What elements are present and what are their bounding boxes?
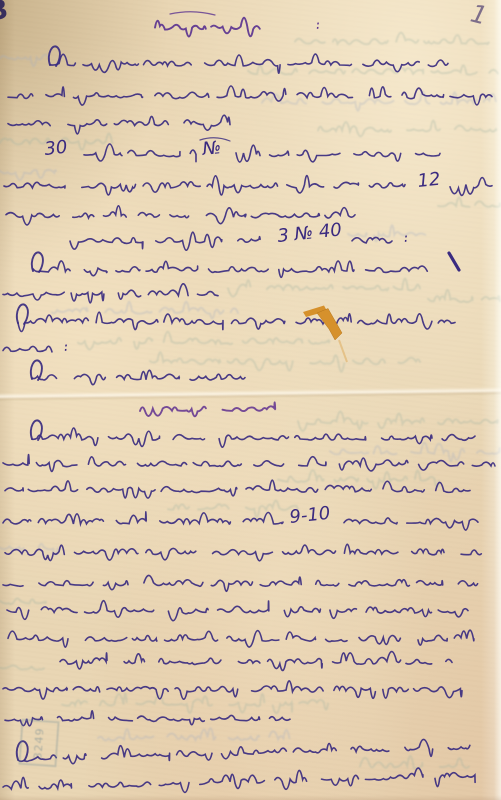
bleedthrough-line bbox=[0, 55, 48, 67]
bleedthrough-line bbox=[248, 65, 498, 74]
handwritten-line-17 bbox=[5, 480, 470, 498]
handwritten-line-22 bbox=[8, 630, 474, 647]
bleedthrough-line bbox=[150, 352, 420, 371]
handwritten-line-1: ։ bbox=[155, 12, 322, 37]
scribble bbox=[5, 480, 470, 498]
handwritten-line-15 bbox=[31, 420, 475, 447]
handwritten-line-19 bbox=[5, 544, 481, 560]
legible-token: ։ bbox=[403, 228, 410, 246]
legible-token: 3 № 40 bbox=[276, 219, 342, 247]
scribble bbox=[155, 18, 260, 37]
handwritten-line-13 bbox=[31, 360, 245, 384]
handwritten-line-10 bbox=[3, 284, 218, 303]
scribble bbox=[32, 428, 475, 447]
handwritten-line-24 bbox=[3, 681, 462, 699]
bleedthrough-line bbox=[330, 443, 500, 462]
bleedthrough-line bbox=[318, 120, 496, 136]
scribble bbox=[60, 652, 452, 671]
bleedthrough-line bbox=[438, 197, 500, 207]
scribble bbox=[3, 455, 495, 472]
bleedthrough-line bbox=[228, 278, 420, 296]
bleedthrough-line bbox=[78, 332, 329, 350]
legible-token: ։ bbox=[63, 337, 70, 355]
orange-arrow-annotation bbox=[303, 306, 347, 363]
scribble bbox=[6, 206, 355, 225]
handwritten-line-26 bbox=[16, 729, 470, 767]
scribble bbox=[8, 630, 474, 647]
handwritten-line-4 bbox=[8, 115, 230, 134]
handwritten-line-23 bbox=[60, 652, 452, 671]
bleedthrough-line bbox=[295, 33, 489, 45]
scribble bbox=[352, 237, 392, 243]
orange-arrow-streak bbox=[339, 340, 347, 362]
legible-token: ։ bbox=[315, 15, 322, 33]
bleedthrough-line bbox=[0, 170, 56, 180]
handwritten-line-27 bbox=[3, 766, 475, 798]
margin-tick-mark bbox=[449, 253, 459, 270]
bleedthrough-line bbox=[0, 665, 44, 669]
scribble bbox=[3, 766, 475, 798]
legible-token: 9-10 bbox=[288, 503, 331, 528]
bleedthrough-line bbox=[62, 694, 328, 714]
scribble bbox=[236, 145, 440, 162]
scribble bbox=[450, 178, 492, 196]
stamp-digits: 3249 bbox=[31, 727, 46, 760]
bleedthrough-line bbox=[98, 728, 289, 740]
scribble bbox=[7, 601, 468, 621]
archive-stamp-ghost: 3249 bbox=[18, 719, 59, 768]
bleedthrough-writing bbox=[0, 33, 500, 769]
legible-token: 12 bbox=[416, 169, 441, 192]
legible-token: № bbox=[200, 137, 222, 160]
bleedthrough-line bbox=[168, 501, 298, 518]
scribble bbox=[5, 544, 481, 560]
capital-flourish bbox=[49, 46, 60, 66]
letter-page: ։30№123 № 40։։9-10 3 1 3249 bbox=[0, 0, 501, 800]
scribble bbox=[3, 346, 52, 352]
handwritten-line-7 bbox=[6, 206, 355, 225]
legible-token: 30 bbox=[43, 137, 68, 160]
handwritten-line-21 bbox=[7, 601, 468, 621]
scribble bbox=[3, 284, 218, 303]
capital-flourish bbox=[31, 420, 42, 440]
handwritten-line-5: 30№ bbox=[43, 137, 440, 162]
scribble bbox=[8, 115, 230, 134]
scribble bbox=[4, 176, 405, 195]
bleedthrough-line bbox=[0, 598, 46, 604]
orange-arrow-tail bbox=[317, 309, 342, 341]
bleedthrough-line bbox=[278, 470, 439, 488]
scribble bbox=[3, 575, 478, 591]
handwritten-line-6: 12 bbox=[4, 169, 492, 196]
capital-flourish bbox=[17, 304, 28, 324]
bleedthrough-line bbox=[298, 411, 498, 430]
handwritten-line-20 bbox=[3, 575, 478, 591]
handwritten-line-18: 9-10 bbox=[3, 503, 478, 530]
scribble bbox=[3, 681, 462, 699]
scribble bbox=[3, 512, 283, 524]
handwritten-line-14 bbox=[140, 402, 275, 416]
ink-marks bbox=[449, 253, 459, 270]
bleedthrough-line bbox=[360, 756, 469, 768]
scribble bbox=[344, 518, 478, 530]
bleedthrough-line bbox=[428, 290, 500, 302]
scribble bbox=[32, 370, 245, 384]
scribble bbox=[84, 144, 196, 162]
handwritten-line-12: ։ bbox=[3, 337, 70, 355]
bleedthrough-line bbox=[52, 302, 238, 319]
scribble bbox=[70, 232, 260, 250]
handwritten-line-16 bbox=[3, 455, 495, 472]
handwritten-line-9 bbox=[32, 252, 427, 277]
scan-edge-right bbox=[494, 0, 501, 800]
scribble bbox=[18, 312, 455, 331]
scan-edge-bottom bbox=[0, 795, 501, 800]
scribble bbox=[140, 402, 275, 416]
scribble bbox=[33, 261, 427, 277]
abbreviation-overline bbox=[170, 12, 215, 15]
